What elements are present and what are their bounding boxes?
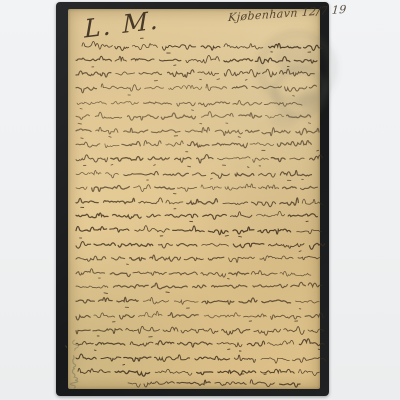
postcard-scan: L. M. Kjøbenhavn 12/7 19: [0, 0, 400, 400]
postcard-card: [56, 2, 329, 396]
postcard-paper: [68, 9, 320, 389]
